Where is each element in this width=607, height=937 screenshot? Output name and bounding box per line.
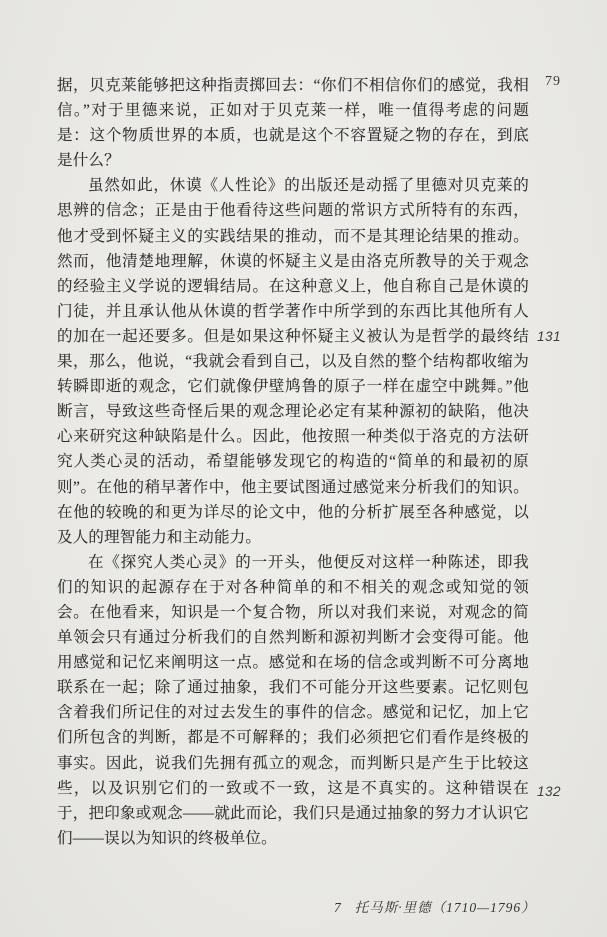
text-line: 虽然如此，休谟《人性论》的出版还是动摇了里德对贝克莱的 (57, 173, 529, 198)
margin-number-original-131: 131 (537, 329, 561, 344)
text-line: 单领会只有通过分析我们的自然判断和源初判断才会变得可能。他 (57, 625, 529, 650)
text-line: 则”。在他的稍早著作中，他主要试图通过感觉来分析我们的知识。 (57, 475, 529, 500)
text-line: 信。”对于里德来说，正如对于贝克莱一样，唯一值得考虑的问题 (57, 98, 529, 123)
footer-chapter-number: 7 (334, 900, 342, 915)
text-line: 是什么？ (57, 148, 529, 173)
body-text: 据，贝克莱能够把这种指责掷回去：“你们不相信你们的感觉，我相信。”对于里德来说，… (57, 73, 529, 851)
text-line: 会。在他看来，知识是一个复合物，所以对我们来说，对观念的简 (57, 600, 529, 625)
text-line: 于，把印象或观念——就此而论，我们只是通过抽象的努力才认识它 (57, 801, 529, 826)
book-page: 79 131 132 据，贝克莱能够把这种指责掷回去：“你们不相信你们的感觉，我… (0, 0, 607, 937)
text-line: 他才受到怀疑主义的实践结果的推动，而不是其理论结果的推动。 (57, 224, 529, 249)
text-line: 们——误以为知识的终极单位。 (57, 826, 529, 851)
text-line: 事实。因此，说我们先拥有孤立的观念，而判断只是产生于比较这 (57, 751, 529, 776)
text-line: 些，以及识别它们的一致或不一致，这是不真实的。这种错误在 (57, 776, 529, 801)
text-line: 然而，他清楚地理解，休谟的怀疑主义是由洛克所教导的关于观念 (57, 249, 529, 274)
text-line: 思辨的信念；正是由于他看待这些问题的常识方式所特有的东西， (57, 198, 529, 223)
text-line: 究人类心灵的活动，希望能够发现它的构造的“简单的和最初的原 (57, 449, 529, 474)
text-line: 果，那么，他说，“我就会看到自己，以及自然的整个结构都收缩为 (57, 349, 529, 374)
text-line: 是：这个物质世界的本质，也就是这个不容置疑之物的存在，到底 (57, 123, 529, 148)
text-line: 心来研究这种缺陷是什么。因此，他按照一种类似于洛克的方法研 (57, 424, 529, 449)
margin-number-original-132: 132 (537, 784, 561, 799)
text-line: 在《探究人类心灵》的一开头，他便反对这样一种陈述，即我 (57, 550, 529, 575)
text-line: 联系在一起；除了通过抽象，我们不可能分开这些要素。记忆则包 (57, 675, 529, 700)
text-line: 及人的理智能力和主动能力。 (57, 525, 529, 550)
footer-chapter-title: 托马斯·里德（1710—1796） (355, 900, 536, 915)
text-line: 转瞬即逝的观念，它们就像伊壁鸠鲁的原子一样在虚空中跳舞。”他 (57, 374, 529, 399)
text-line: 在他的较晚的和更为详尽的论文中，他的分析扩展至各种感觉，以 (57, 500, 529, 525)
text-line: 们的知识的起源存在于对各种简单的和不相关的观念或知觉的领 (57, 575, 529, 600)
text-line: 据，贝克莱能够把这种指责掷回去：“你们不相信你们的感觉，我相 (57, 73, 529, 98)
page-number: 79 (545, 74, 561, 90)
text-line: 的经验主义学说的逻辑结局。在这种意义上，他自称自己是休谟的 (57, 274, 529, 299)
running-footer: 7托马斯·里德（1710—1796） (334, 896, 536, 916)
text-line: 的加在一起还要多。但是如果这种怀疑主义被认为是哲学的最终结 (57, 324, 529, 349)
text-line: 们所包含的判断，都是不可解释的；我们必须把它们看作是终极的 (57, 725, 529, 750)
text-line: 门徒，并且承认他从休谟的哲学著作中所学到的东西比其他所有人 (57, 299, 529, 324)
text-line: 用感觉和记忆来阐明这一点。感觉和在场的信念或判断不可分离地 (57, 650, 529, 675)
text-line: 断言，导致这些奇怪后果的观念理论必定有某种源初的缺陷，他决 (57, 399, 529, 424)
text-line: 含着我们所记住的对过去发生的事件的信念。感觉和记忆，加上它 (57, 700, 529, 725)
